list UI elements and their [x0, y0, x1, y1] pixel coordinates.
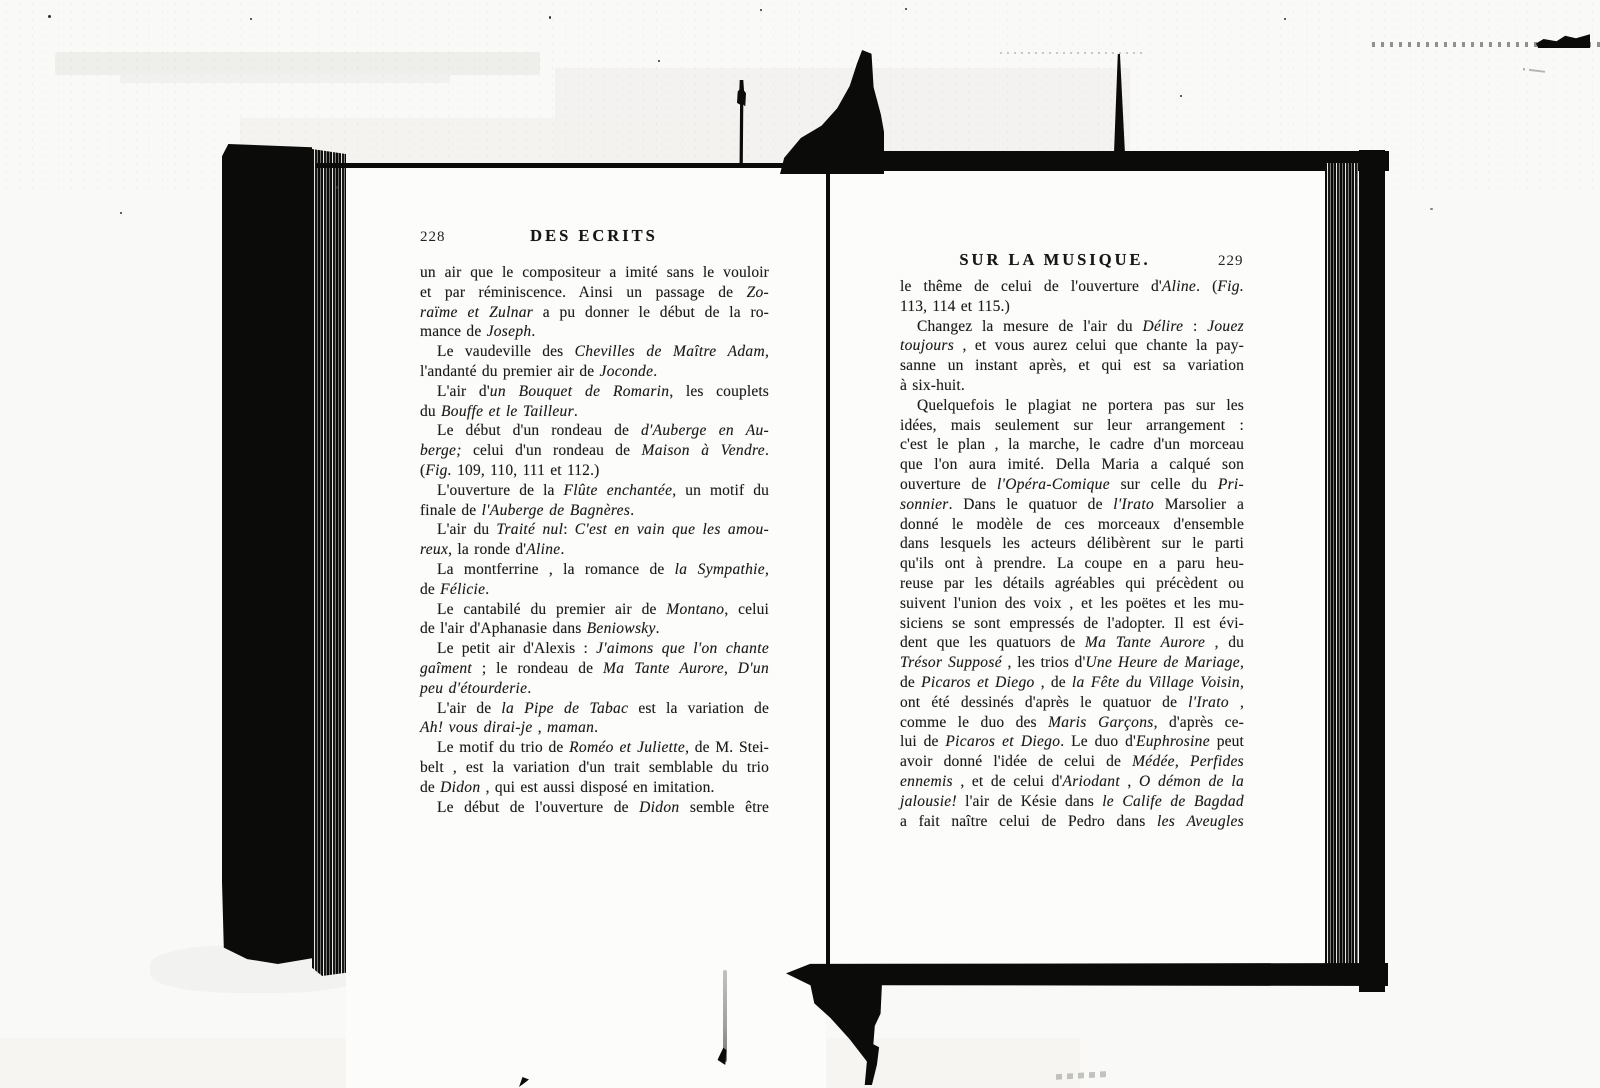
text-line: comme le duo des Maris Garçons, d'après … — [900, 713, 1244, 733]
top-right-tick-mark — [1523, 68, 1551, 77]
text-line: le thême de celui de l'ouverture d'Aline… — [900, 277, 1244, 297]
left-running-header: DES ECRITS — [420, 226, 768, 246]
text-line: Le petit air d'Alexis : J'aimons que l'o… — [420, 639, 769, 659]
speck — [336, 186, 338, 189]
text-line: ont été dessinés d'après le quatuor de l… — [900, 693, 1244, 713]
text-line: (Fig. 109, 110, 111 et 112.) — [420, 461, 769, 481]
text-line: La montferrine , la romance de la Sympat… — [420, 560, 769, 580]
right-page-top-bar — [868, 151, 1389, 171]
text-line: L'air du Traité nul: C'est en vain que l… — [420, 520, 769, 540]
speck — [120, 212, 122, 214]
text-line: Ah! vous dirai-je , maman. — [420, 718, 769, 738]
text-line: gaîment ; le rondeau de Ma Tante Aurore,… — [420, 659, 769, 679]
text-line: de Didon , qui est aussi disposé en imit… — [420, 778, 769, 798]
text-line: que l'on aura imité. Della Maria a calqu… — [900, 455, 1244, 475]
speck — [48, 15, 51, 18]
text-line: et par réminiscence. Ainsi un passage de… — [420, 283, 769, 303]
text-line: du Bouffe et le Tailleur. — [420, 402, 769, 422]
text-line: Trésor Supposé , les trios d'Une Heure d… — [900, 653, 1244, 673]
left-page-edge-band — [222, 144, 312, 964]
text-line: mance de Joseph. — [420, 322, 769, 342]
right-page-edge-stripes — [1325, 163, 1358, 978]
speck — [760, 9, 762, 11]
text-line: reuse par les détails agréables qui préc… — [900, 574, 1244, 594]
left-page-text: un air que le compositeur a imité sans l… — [420, 263, 769, 817]
right-page-bottom-bar — [786, 963, 1388, 986]
text-line: de Picaros et Diego , de la Fête du Vill… — [900, 673, 1244, 693]
text-line: Le motif du trio de Roméo et Juliette, d… — [420, 738, 769, 758]
bottom-right-dashes — [1056, 1071, 1108, 1082]
left-page-top-rule — [316, 163, 796, 168]
right-page-number: 229 — [1218, 253, 1244, 270]
text-line: sanne un instant après, et qui est sa va… — [900, 356, 1244, 376]
scanned-book-spread: { "left_page": { "page_number": "228", "… — [0, 0, 1600, 1088]
right-page-text: le thême de celui de l'ouverture d'Aline… — [900, 277, 1244, 831]
gutter-stick-mark — [737, 80, 746, 168]
text-line: finale de l'Auberge de Bagnères. — [420, 501, 769, 521]
text-line: Quelquefois le plagiat ne portera pas su… — [900, 396, 1244, 416]
text-line: dans lesquels les acteurs délibèrent sur… — [900, 534, 1244, 554]
speck — [1430, 208, 1433, 210]
text-line: raïme et Zulnar a pu donner le début de … — [420, 303, 769, 323]
speck — [905, 8, 907, 10]
text-line: berge; celui d'un rondeau de Maison à Ve… — [420, 441, 769, 461]
text-line: qu'ils ont à prendre. La coupe en a paru… — [900, 554, 1244, 574]
text-line: Le début de l'ouverture de Didon semble … — [420, 798, 769, 818]
speck — [250, 18, 252, 20]
gutter-line — [826, 168, 830, 968]
speck — [1284, 18, 1286, 20]
left-page-edge-stripes — [312, 149, 346, 976]
text-line: Le cantabilé du premier air de Montano, … — [420, 600, 769, 620]
scan-wash-top-2 — [120, 73, 450, 83]
text-line: un air que le compositeur a imité sans l… — [420, 263, 769, 283]
text-line: suivent l'union des voix , et les poëtes… — [900, 594, 1244, 614]
text-line: ouverture de l'Opéra-Comique sur celle d… — [900, 475, 1244, 495]
text-line: de Félicie. — [420, 580, 769, 600]
text-line: Changez la mesure de l'air du Délire : J… — [900, 317, 1244, 337]
text-line: L'air d'un Bouquet de Romarin, les coupl… — [420, 382, 769, 402]
text-line: peu d'étourderie. — [420, 679, 769, 699]
right-running-header: SUR LA MUSIQUE. — [900, 250, 1210, 270]
right-cover-band — [1359, 150, 1385, 992]
text-line: jalousie! l'air de Késie dans le Calife … — [900, 792, 1244, 812]
text-line: dent que les quatuors de Ma Tante Aurore… — [900, 633, 1244, 653]
text-line: ennemis , et de celui d'Ariodant , O dém… — [900, 772, 1244, 792]
text-line: reux, la ronde d'Aline. — [420, 540, 769, 560]
text-line: sonnier. Dans le quatuor de l'Irato Mars… — [900, 495, 1244, 515]
text-line: idées, mais seulement sur leur arrangeme… — [900, 416, 1244, 436]
text-line: l'andanté du premier air de Joconde. — [420, 362, 769, 382]
speck — [1180, 95, 1182, 97]
text-line: siciens se sont empressés de l'adopter. … — [900, 614, 1244, 634]
mid-top-dotted-line — [1000, 52, 1145, 54]
text-line: Le début d'un rondeau de d'Auberge en Au… — [420, 421, 769, 441]
text-line: L'ouverture de la Flûte enchantée, un mo… — [420, 481, 769, 501]
text-line: 113, 114 et 115.) — [900, 297, 1244, 317]
text-line: c'est le plan , la marche, le cadre d'un… — [900, 435, 1244, 455]
text-line: toujours , et vous aurez celui que chant… — [900, 336, 1244, 356]
top-right-ink-blob — [1536, 33, 1590, 48]
text-line: a fait naître celui de Pedro dans les Av… — [900, 812, 1244, 832]
text-line: avoir donné l'idée de celui de Médée, Pe… — [900, 752, 1244, 772]
scan-wash-top — [55, 52, 540, 75]
text-line: donné le modèle de ces morceaux d'ensemb… — [900, 515, 1244, 535]
speck — [549, 16, 551, 19]
text-line: à six-huit. — [900, 376, 1244, 396]
text-line: de l'air d'Aphanasie dans Beniowsky. — [420, 619, 769, 639]
text-line: belt , est la variation d'un trait sembl… — [420, 758, 769, 778]
speck — [658, 60, 660, 62]
text-line: L'air de la Pipe de Tabac est la variati… — [420, 699, 769, 719]
text-line: lui de Picaros et Diego. Le duo d'Euphro… — [900, 732, 1244, 752]
text-line: Le vaudeville des Chevilles de Maître Ad… — [420, 342, 769, 362]
right-stick-mark — [1113, 54, 1125, 154]
